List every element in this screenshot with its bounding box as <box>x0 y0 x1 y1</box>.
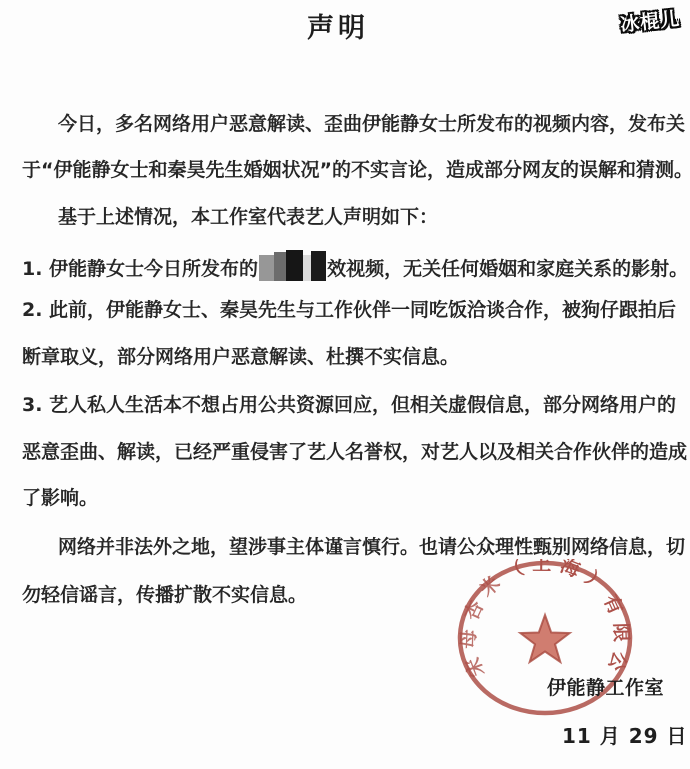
statement-item-3-line2: 恶意歪曲、解读，已经严重侵害了艺人名誉权，对艺人以及相关合作伙伴的造成 <box>22 440 687 464</box>
statement-item-1: 1. 伊能静女士今日所发布的效视频，无关任何婚姻和家庭关系的影射。 <box>22 250 688 281</box>
closing-line2: 勿轻信谣言，传播扩散不实信息。 <box>22 583 307 607</box>
seal-arc-text-partial: 宋母杏米 <box>458 566 511 680</box>
statement-document-page: 声明 冰棍儿 今日，多名网络用户恶意解读、歪曲伊能静女士所发布的视频内容，发布关… <box>0 0 690 769</box>
statement-item-3-line1: 3. 艺人私人生活本不想占用公共资源回应，但相关虚假信息，部分网络用户的 <box>22 393 676 417</box>
statement-item-2-line2: 断章取义，部分网络用户恶意解读、杜撰不实信息。 <box>22 345 459 369</box>
item1-text-prefix: 1. 伊能静女士今日所发布的 <box>22 258 258 280</box>
document-title: 声明 <box>0 6 676 45</box>
censored-mosaic-block <box>259 250 326 276</box>
statement-item-2-line1: 2. 此前，伊能静女士、秦昊先生与工作伙伴一同吃饭洽谈合作，被狗仔跟拍后 <box>22 298 676 322</box>
statement-date: 11 月 29 日 <box>562 720 688 749</box>
paragraph1-line1: 今日，多名网络用户恶意解读、歪曲伊能静女士所发布的视频内容，发布关 <box>58 112 685 136</box>
seal-star-icon <box>520 615 569 662</box>
paragraph2: 基于上述情况，本工作室代表艺人声明如下： <box>58 205 438 229</box>
closing-line1: 网络并非法外之地，望涉事主体谨言慎行。也请公众理性甄别网络信息，切 <box>58 535 685 559</box>
statement-item-3-line3: 了影响。 <box>22 486 98 510</box>
studio-signature: 伊能静工作室 <box>547 673 664 700</box>
item1-text-suffix: 效视频，无关任何婚姻和家庭关系的影射。 <box>327 258 688 280</box>
paragraph1-line2: 于“伊能静女士和秦昊先生婚姻状况”的不实言论，造成部分网友的误解和猜测。 <box>22 158 690 182</box>
